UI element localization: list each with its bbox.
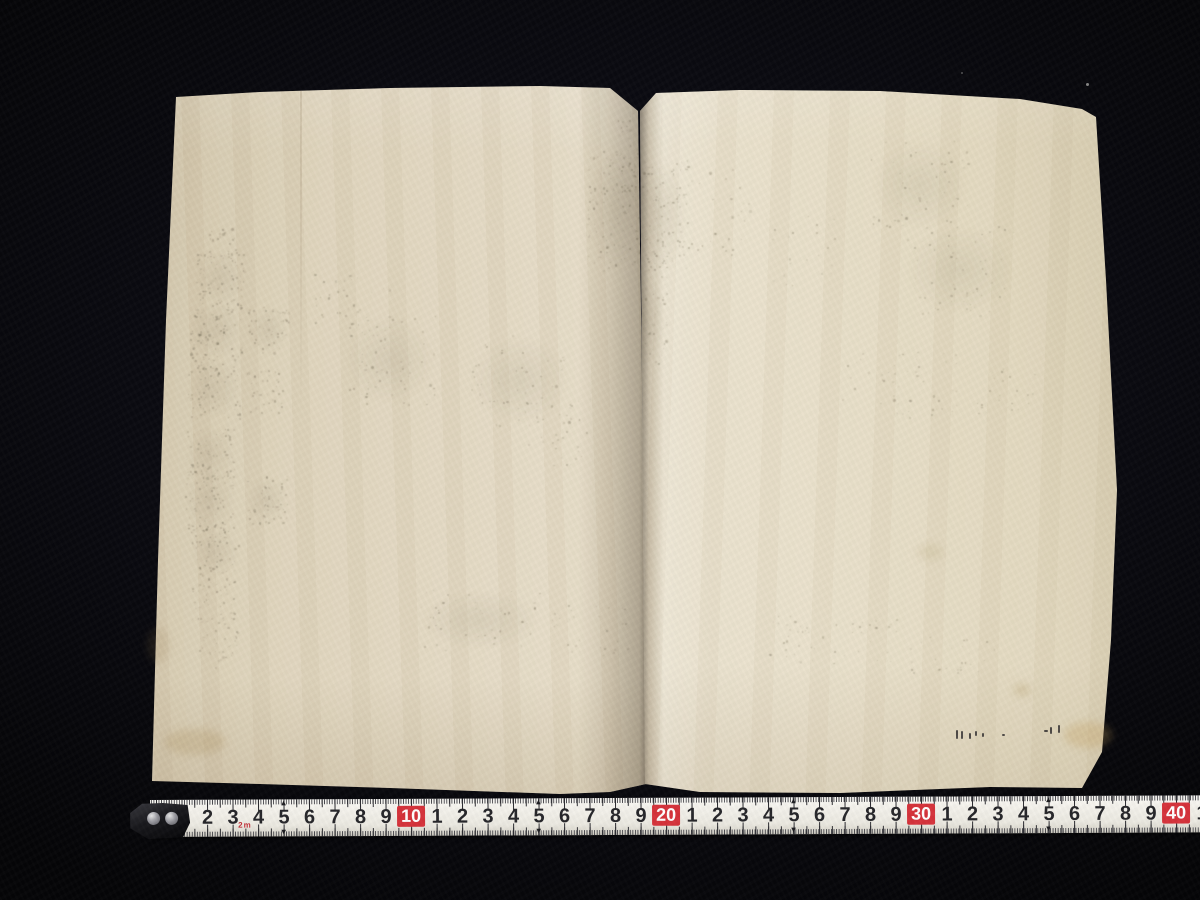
speck-dot xyxy=(229,477,231,479)
speck-dot xyxy=(192,588,194,590)
speck-dot xyxy=(208,451,209,452)
speck-dot xyxy=(210,238,212,240)
speck-dot xyxy=(673,175,674,176)
speck-dot xyxy=(335,280,337,282)
speck-dot xyxy=(691,243,693,245)
speck-dot xyxy=(873,216,875,218)
speck-dot xyxy=(998,400,999,401)
tape-triangle-marker: ▼ xyxy=(790,826,798,834)
speck-dot xyxy=(542,441,544,443)
speck-dot xyxy=(915,371,917,373)
speck-dot xyxy=(664,304,665,305)
speck-dot xyxy=(989,390,991,392)
speck-dot xyxy=(197,546,198,547)
speck-dot xyxy=(850,377,852,379)
speck-dot xyxy=(235,390,236,391)
speck-dot xyxy=(710,241,711,242)
speck-dot xyxy=(949,645,950,646)
speck-dot xyxy=(783,642,785,644)
speck-dot xyxy=(590,192,592,194)
speck-dot xyxy=(595,201,597,203)
dust-speck xyxy=(1086,83,1089,86)
tape-triangle-marker: ▲ xyxy=(280,799,288,807)
paper-stain xyxy=(1014,684,1030,696)
speck-dot xyxy=(233,582,234,583)
tape-number: 3 xyxy=(482,806,492,828)
speck-dot xyxy=(337,312,339,314)
speck-dot xyxy=(192,333,194,335)
speck-dot xyxy=(389,289,391,291)
speck-dot xyxy=(207,556,209,558)
speck-dot xyxy=(205,368,207,370)
speck-dot xyxy=(231,604,232,605)
speck-dot xyxy=(903,173,904,174)
speck-dot xyxy=(937,309,938,310)
speck-dot xyxy=(878,219,880,221)
speck-dot xyxy=(191,416,193,418)
speck-dot xyxy=(479,393,482,396)
speck-dot xyxy=(250,512,251,513)
speck-dot xyxy=(914,288,915,289)
speck-dot xyxy=(278,381,280,383)
speck-dot xyxy=(586,432,588,434)
speck-dot xyxy=(284,312,286,314)
speck-dot xyxy=(189,517,191,519)
speck-dot xyxy=(240,349,242,351)
speck-dot xyxy=(622,246,624,248)
speck-dot xyxy=(276,386,278,388)
speck-dot xyxy=(931,640,932,641)
speck-dot xyxy=(653,294,654,295)
speck-dot xyxy=(362,354,363,355)
speck-dot xyxy=(566,464,568,466)
ink-mark xyxy=(969,733,971,739)
speck-dot xyxy=(966,151,968,153)
speck-dot xyxy=(598,616,600,618)
speck-dot xyxy=(680,169,682,171)
speck-dot xyxy=(247,481,249,483)
speck-dot xyxy=(907,239,909,241)
speck-dot xyxy=(916,210,917,211)
speck-dot xyxy=(233,462,235,464)
speck-dot xyxy=(288,312,290,314)
speck-dot xyxy=(738,215,739,216)
speck-dot xyxy=(192,513,193,514)
speck-dot xyxy=(639,134,640,135)
speck-dot xyxy=(219,236,221,238)
tape-number: 1 xyxy=(1196,802,1200,824)
speck-dot xyxy=(664,284,665,285)
speck-dot xyxy=(579,651,580,652)
speck-dot xyxy=(619,168,620,169)
speck-dot xyxy=(625,623,627,625)
speck-dot xyxy=(836,624,838,626)
speck-dot xyxy=(533,602,535,604)
speck-dot xyxy=(199,541,201,543)
speck-dot xyxy=(287,504,288,505)
speck-dot xyxy=(229,438,231,440)
speck-dot xyxy=(241,263,243,265)
speck-dot xyxy=(654,269,656,271)
speck-dot xyxy=(507,425,508,426)
speck-dot xyxy=(214,639,215,640)
speck-dot xyxy=(206,632,207,633)
speck-dot xyxy=(902,225,903,226)
speck-dot xyxy=(206,621,208,623)
speck-dot xyxy=(847,365,849,367)
tape-number: 6 xyxy=(814,804,824,826)
speck-dot xyxy=(624,190,626,192)
speck-dot xyxy=(642,186,644,188)
speck-dot xyxy=(896,631,897,632)
speck-dot xyxy=(579,419,581,421)
speck-dot xyxy=(885,142,887,144)
speck-dot xyxy=(889,226,891,228)
speck-dot xyxy=(287,476,288,477)
speck-dot xyxy=(875,627,877,629)
speck-dot xyxy=(931,232,932,233)
speck-dot xyxy=(883,380,885,382)
speck-dot xyxy=(560,360,562,362)
speck-dot xyxy=(788,636,790,638)
speck-dot xyxy=(224,531,226,533)
speck-dot xyxy=(1011,409,1013,411)
speck-dot xyxy=(666,324,668,326)
speck-dot xyxy=(663,186,664,187)
tape-number: 1 xyxy=(431,806,441,828)
speck-dot xyxy=(465,634,467,636)
speck-dot xyxy=(400,371,401,372)
speck-dot xyxy=(773,621,775,623)
speck-dot xyxy=(678,215,680,217)
speck-dot xyxy=(231,228,234,231)
speck-dot xyxy=(834,651,836,653)
speck-dot xyxy=(384,338,386,340)
speck-dot xyxy=(201,621,203,623)
speck-dot xyxy=(236,359,238,361)
speck-dot xyxy=(236,265,237,266)
speck-dot xyxy=(237,401,239,403)
speck-dot xyxy=(890,661,891,662)
speck-dot xyxy=(604,648,606,650)
speck-dot xyxy=(426,404,427,405)
speck-dot xyxy=(1007,407,1008,408)
speck-dot xyxy=(424,401,425,402)
speck-dot xyxy=(567,644,569,646)
speck-dot xyxy=(893,395,895,397)
speck-dot xyxy=(218,248,219,249)
speck-dot xyxy=(553,639,554,640)
speck-dot xyxy=(375,351,377,353)
speck-dot xyxy=(569,619,570,620)
speck-dot xyxy=(778,616,779,617)
speck-dot xyxy=(561,457,563,459)
speck-dot xyxy=(856,362,857,363)
speck-dot xyxy=(194,360,196,362)
speck-dot xyxy=(679,255,681,257)
speck-dot xyxy=(594,262,596,264)
speck-dot xyxy=(208,599,209,600)
speck-dot xyxy=(637,149,638,150)
speck-dot xyxy=(978,649,979,650)
speck-dot xyxy=(252,389,253,390)
speck-dot xyxy=(222,291,224,293)
speck-dot xyxy=(198,325,199,326)
speck-dot xyxy=(268,522,270,524)
speck-dot xyxy=(686,268,687,269)
speck-dot xyxy=(207,331,209,333)
speck-dot xyxy=(217,238,219,240)
speck-dot xyxy=(401,321,403,323)
speck-dot xyxy=(196,528,198,530)
speck-dot xyxy=(575,645,576,646)
speck-dot xyxy=(376,371,378,373)
speck-dot xyxy=(593,208,595,210)
ink-mark xyxy=(982,733,984,737)
tape-triangle-marker: ▲ xyxy=(790,797,798,805)
speck-dot xyxy=(628,150,630,152)
speck-dot xyxy=(478,364,480,366)
ink-mark xyxy=(956,730,958,739)
speck-dot xyxy=(219,541,221,543)
speck-dot xyxy=(199,607,200,608)
speck-dot xyxy=(371,292,373,294)
speck-dot xyxy=(233,598,235,600)
speck-dot xyxy=(672,258,673,259)
speck-dot xyxy=(240,307,243,310)
speck-dot xyxy=(219,498,220,499)
speck-dot xyxy=(433,590,434,591)
tape-number: 4 xyxy=(763,804,773,826)
speck-dot xyxy=(361,394,362,395)
speck-dot xyxy=(231,288,232,289)
speck-dot xyxy=(218,622,220,624)
speck-dot xyxy=(429,384,432,387)
speck-dot xyxy=(629,120,631,122)
speck-dot xyxy=(197,462,198,463)
speck-dot xyxy=(630,145,631,146)
speck-dot xyxy=(666,293,668,295)
speck-dot xyxy=(986,641,988,643)
speck-dot xyxy=(207,338,210,341)
speck-dot xyxy=(666,322,667,323)
speck-dot xyxy=(961,662,963,664)
speck-dot xyxy=(231,301,232,302)
speck-dot xyxy=(195,608,196,609)
speck-dot xyxy=(977,403,978,404)
speck-dot xyxy=(732,249,734,251)
speck-dot xyxy=(235,380,236,381)
speck-dot xyxy=(556,366,557,367)
speck-dot xyxy=(193,407,195,409)
speck-dot xyxy=(909,400,911,402)
speck-dot xyxy=(232,513,234,515)
speck-dot xyxy=(648,269,650,271)
speck-dot xyxy=(960,667,961,668)
speck-dot xyxy=(691,180,693,182)
speck-dot xyxy=(922,241,923,242)
speck-dot xyxy=(197,367,199,369)
speck-dot xyxy=(400,380,402,382)
speck-dot xyxy=(196,541,198,543)
speck-dot xyxy=(388,316,391,319)
speck-dot xyxy=(261,412,263,414)
speck-dot xyxy=(213,317,214,318)
speck-dot xyxy=(224,586,226,588)
speck-dot xyxy=(283,509,284,510)
speck-dot xyxy=(975,241,977,243)
speck-dot xyxy=(185,496,187,498)
speck-dot xyxy=(633,175,635,177)
speck-dot xyxy=(596,203,598,205)
speck-dot xyxy=(262,348,264,350)
speck-dot xyxy=(986,412,988,414)
smudge-blot xyxy=(191,528,239,576)
speck-dot xyxy=(197,418,198,419)
speck-dot xyxy=(269,316,270,317)
speck-dot xyxy=(1027,394,1029,396)
speck-dot xyxy=(222,651,224,653)
speck-dot xyxy=(922,313,924,315)
speck-dot xyxy=(211,262,212,263)
speck-dot xyxy=(380,340,382,342)
speck-dot xyxy=(664,231,666,233)
tape-number: 1 xyxy=(941,804,951,826)
ink-mark xyxy=(1044,730,1048,732)
tape-number: 7 xyxy=(329,806,339,828)
speck-dot xyxy=(901,214,903,216)
speck-dot xyxy=(216,643,217,644)
speck-dot xyxy=(936,409,937,410)
tape-number: 6 xyxy=(304,806,314,828)
speck-dot xyxy=(232,239,234,241)
speck-dot xyxy=(730,195,731,196)
speck-dot xyxy=(570,418,572,420)
speck-dot xyxy=(280,517,282,519)
speck-dot xyxy=(534,607,536,609)
smudge-blot xyxy=(905,225,1015,315)
speck-dot xyxy=(945,361,947,363)
speck-dot xyxy=(268,496,270,498)
speck-dot xyxy=(212,342,213,343)
tape-number: 2 xyxy=(202,807,212,829)
speck-dot xyxy=(562,357,564,359)
speck-dot xyxy=(1003,368,1005,370)
speck-dot xyxy=(266,336,267,337)
speck-dot xyxy=(232,488,234,490)
speck-dot xyxy=(648,323,649,324)
speck-dot xyxy=(199,394,200,395)
speck-dot xyxy=(224,255,225,256)
speck-dot xyxy=(486,346,488,348)
smudge-blot xyxy=(870,140,970,230)
speck-dot xyxy=(952,252,954,254)
speck-dot xyxy=(814,648,815,649)
speck-dot xyxy=(316,305,317,306)
speck-dot xyxy=(199,275,200,276)
speck-dot xyxy=(1013,232,1014,233)
speck-dot xyxy=(216,368,218,370)
speck-dot xyxy=(220,606,221,607)
speck-dot xyxy=(233,618,235,620)
speck-dot xyxy=(659,356,661,358)
speck-dot xyxy=(827,247,830,250)
speck-dot xyxy=(209,287,211,289)
speck-dot xyxy=(227,376,229,378)
speck-dot xyxy=(730,198,732,200)
speck-dot xyxy=(854,388,855,389)
speck-dot xyxy=(617,218,618,219)
speck-dot xyxy=(206,560,208,562)
speck-dot xyxy=(262,393,263,394)
speck-dot xyxy=(871,159,873,161)
smudge-blot xyxy=(470,335,570,425)
speck-dot xyxy=(888,372,889,373)
speck-dot xyxy=(203,270,204,271)
speck-dot xyxy=(228,646,230,648)
speck-dot xyxy=(517,389,519,391)
tape-number: 2 xyxy=(457,806,467,828)
speck-dot xyxy=(231,655,232,656)
speck-dot xyxy=(238,356,240,358)
speck-dot xyxy=(424,646,426,648)
speck-dot xyxy=(315,298,317,300)
speck-dot xyxy=(216,455,218,457)
speck-dot xyxy=(208,454,210,456)
speck-dot xyxy=(808,216,810,218)
speck-dot xyxy=(863,633,864,634)
speck-dot xyxy=(627,648,629,650)
speck-dot xyxy=(383,288,384,289)
speck-dot xyxy=(232,278,234,280)
speck-dot xyxy=(766,219,767,220)
speck-dot xyxy=(475,608,477,610)
speck-dot xyxy=(272,390,273,391)
speck-dot xyxy=(205,344,207,346)
speck-dot xyxy=(329,294,331,296)
speck-dot xyxy=(285,494,287,496)
speck-dot xyxy=(697,249,699,251)
speck-dot xyxy=(433,353,436,356)
speck-dot xyxy=(657,239,660,242)
speck-dot xyxy=(610,159,612,161)
speck-dot xyxy=(349,275,352,278)
speck-dot xyxy=(639,243,641,245)
speck-dot xyxy=(931,163,933,165)
speck-dot xyxy=(357,311,359,313)
speck-dot xyxy=(232,564,233,565)
speck-dot xyxy=(421,607,422,608)
speck-dot xyxy=(267,320,268,321)
speck-dot xyxy=(204,520,206,522)
speck-dot xyxy=(628,138,630,140)
speck-dot xyxy=(223,398,225,400)
speck-dot xyxy=(186,459,187,460)
speck-dot xyxy=(240,289,242,291)
speck-dot xyxy=(589,201,591,203)
tape-number: 9 xyxy=(1145,803,1155,825)
speck-dot xyxy=(646,176,647,177)
speck-dot xyxy=(221,595,222,596)
speck-dot xyxy=(278,412,280,414)
speck-dot xyxy=(225,334,226,335)
speck-dot xyxy=(644,161,646,163)
speck-dot xyxy=(268,375,270,377)
speck-dot xyxy=(315,322,317,324)
tape-number: 8 xyxy=(355,806,365,828)
speck-dot xyxy=(916,375,918,377)
speck-dot xyxy=(228,531,229,532)
